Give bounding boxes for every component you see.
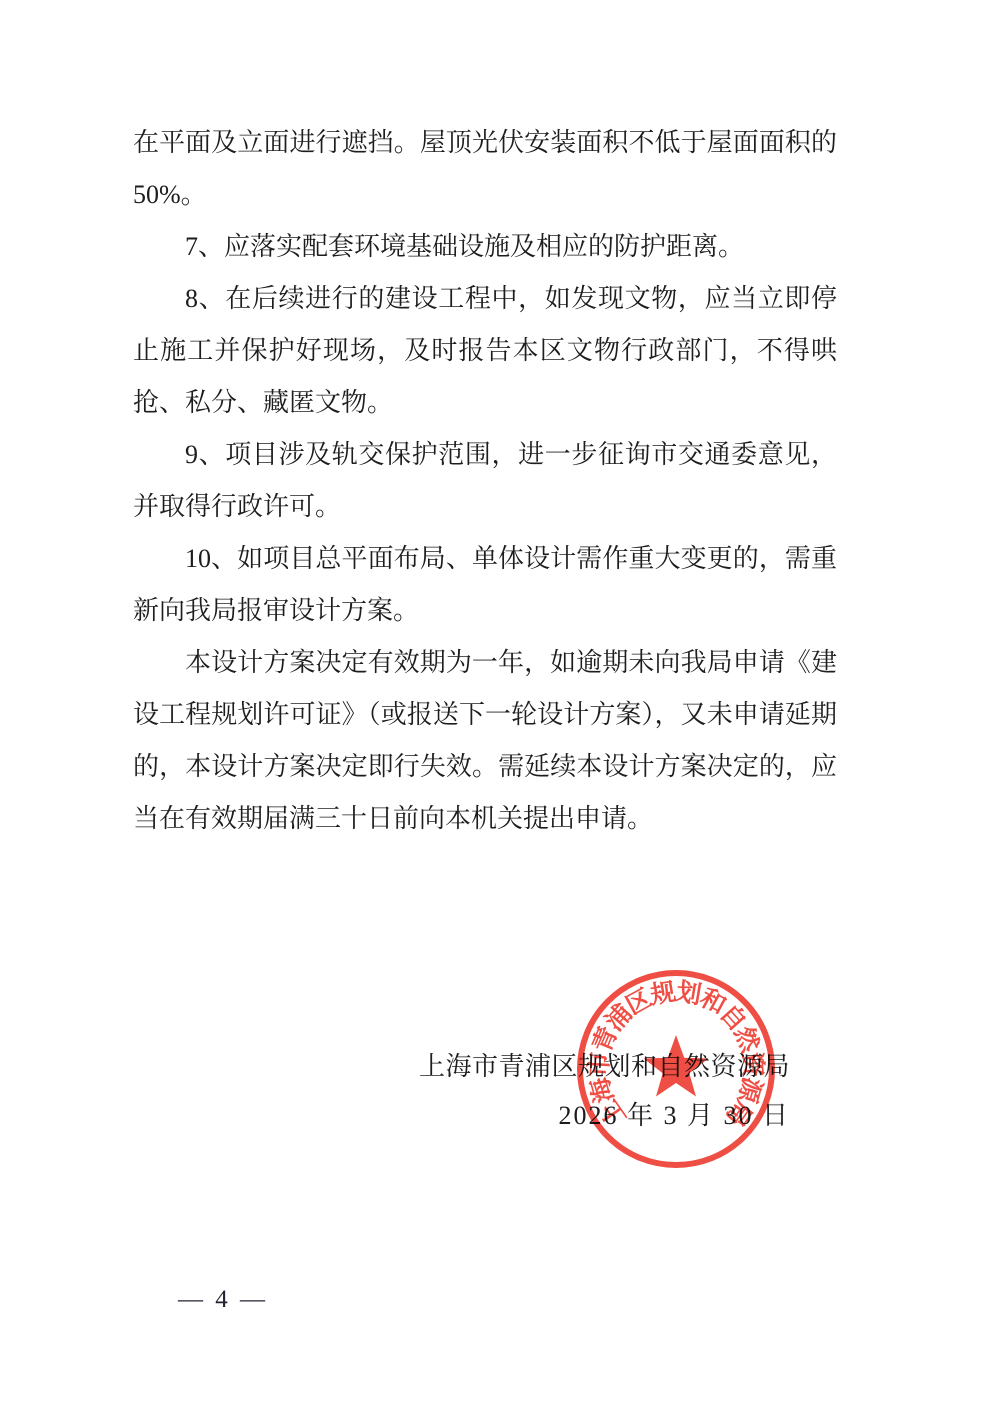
signature-block: 上海市青浦区规划和自然资源局 2026 年 3 月 30 日 xyxy=(419,1053,790,1130)
paragraph: 本设计方案决定有效期为一年，如逾期未向我局申请《建设工程规划许可证》（或报送下一… xyxy=(133,637,837,845)
paragraph: 9、项目涉及轨交保护范围，进一步征询市交通委意见，并取得行政许可。 xyxy=(133,429,837,533)
document-body: 在平面及立面进行遮挡。屋顶光伏安装面积不低于屋面面积的50%。 7、应落实配套环… xyxy=(133,117,837,845)
paragraph: 8、在后续进行的建设工程中，如发现文物，应当立即停止施工并保护好现场，及时报告本… xyxy=(133,273,837,429)
seal-arc-char: 和 xyxy=(695,984,730,1021)
seal-arc-char: 规 xyxy=(648,977,678,1010)
seal-arc-char: 区 xyxy=(621,984,656,1021)
signature-issuer: 上海市青浦区规划和自然资源局 xyxy=(419,1053,790,1081)
seal-arc-char: 自 xyxy=(714,999,752,1036)
paragraph: 在平面及立面进行遮挡。屋顶光伏安装面积不低于屋面面积的50%。 xyxy=(133,117,837,221)
seal-arc-char: 划 xyxy=(674,978,703,1010)
paragraph: 10、如项目总平面布局、单体设计需作重大变更的，需重新向我局报审设计方案。 xyxy=(133,533,837,637)
document-page: 在平面及立面进行遮挡。屋顶光伏安装面积不低于屋面面积的50%。 7、应落实配套环… xyxy=(0,0,992,1403)
seal-arc-char: 浦 xyxy=(600,999,638,1036)
signature-date: 2026 年 3 月 30 日 xyxy=(419,1102,790,1130)
paragraph: 7、应落实配套环境基础设施及相应的防护距离。 xyxy=(133,221,837,273)
page-number: — 4 — xyxy=(178,1286,268,1314)
